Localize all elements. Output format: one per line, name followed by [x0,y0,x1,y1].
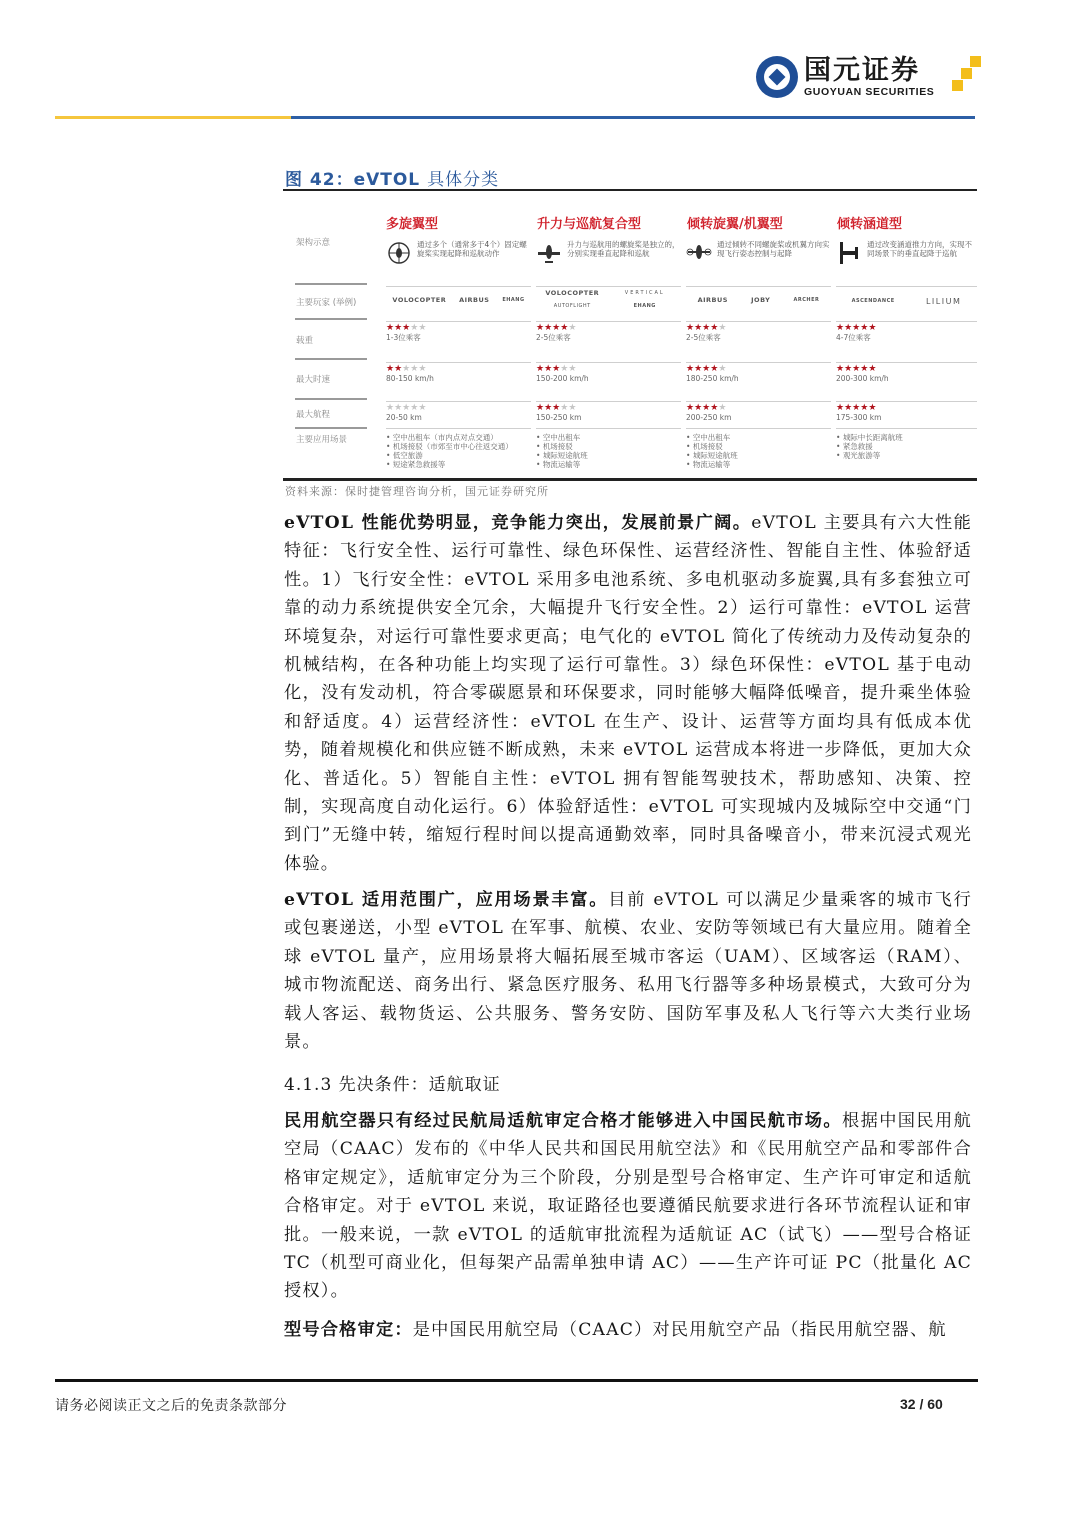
star-empty-icon: ★ [568,403,576,413]
logo-english-name: GUOYUAN SECURITIES [804,86,934,98]
star-filled-icon: ★ [868,364,876,374]
airbus-logo: AIRBUS [459,296,489,305]
star-filled-icon: ★ [536,323,544,333]
figure-source: 资料来源：保时捷管理咨询分析，国元证券研究所 [285,483,549,499]
star-filled-icon: ★ [386,364,394,374]
figure-bottom-rule [283,478,977,481]
star-filled-icon: ★ [686,323,694,333]
ehang-logo: EHANG [609,302,682,311]
speed-cell: ★★★★★150-200 km/h [536,364,589,383]
rating-stars: ★★★★★ [836,364,889,374]
paragraph-lead: eVTOL 性能优势明显，竞争能力突出，发展前景广阔。 [284,513,751,533]
star-filled-icon: ★ [386,323,394,333]
joby-logo: JOBY [751,296,770,305]
multirotor-icon [386,240,412,266]
star-filled-icon: ★ [394,364,402,374]
paragraph-lead: eVTOL 适用范围广，应用场景丰富。 [284,890,608,910]
star-empty-icon: ★ [718,323,726,333]
paragraph-airworthiness: 民用航空器只有经过民航局适航审定合格才能够进入中国民航市场。根据中国民用航空局（… [284,1107,972,1306]
star-empty-icon: ★ [718,364,726,374]
lilium-logo: LILIUM [926,297,961,306]
star-filled-icon: ★ [686,403,694,413]
star-filled-icon: ★ [868,323,876,333]
rating-stars: ★★★★★ [536,323,576,333]
footer-divider [55,1379,978,1382]
scenarios-cell: 空中出租车 机场接驳 城际短途航班 物流运输等 [536,433,588,469]
column-header: 倾转涵道型 [837,213,902,232]
figure-number: 图 42：eVTOL [285,170,420,190]
volocopter-logo: VOLOCOPTER [392,296,446,305]
paragraph-applications: eVTOL 适用范围广，应用场景丰富。目前 eVTOL 可以满足少量乘客的城市飞… [284,886,972,1056]
divider [295,358,367,360]
star-filled-icon: ★ [836,403,844,413]
range-cell: ★★★★★200-250 km [686,403,731,422]
logo-chinese-name: 国元证券 [804,56,934,86]
rating-stars: ★★★★★ [836,403,881,413]
row-label: 架构示意 [296,236,330,248]
star-filled-icon: ★ [836,364,844,374]
column-header: 倾转旋翼/机翼型 [687,213,783,232]
header-divider [55,116,975,119]
star-empty-icon: ★ [418,403,426,413]
rating-stars: ★★★★★ [836,323,876,333]
range-cell: ★★★★★175-300 km [836,403,881,422]
range-cell: ★★★★★150-250 km [536,403,581,422]
star-filled-icon: ★ [544,323,552,333]
row-label: 主要玩家 (举例) [296,296,356,308]
tilt-duct-icon [836,240,862,266]
divider [295,398,367,400]
row-label: 最大时速 [296,373,330,385]
star-filled-icon: ★ [868,403,876,413]
archer-logo: ARCHER [794,296,820,305]
figure-title: 图 42：eVTOL 具体分类 [285,165,499,190]
rating-stars: ★★★★★ [686,323,726,333]
lift-cruise-aircraft-icon [536,240,562,266]
rating-stars: ★★★★★ [686,403,731,413]
paragraph-lead: 型号合格审定： [284,1320,413,1340]
star-empty-icon: ★ [418,364,426,374]
page-number: 32 / 60 [900,1396,943,1412]
players-cell: VOLOCOPTER AIRBUS EHANG [386,296,531,305]
star-filled-icon: ★ [394,323,402,333]
star-empty-icon: ★ [568,364,576,374]
payload-cell: ★★★★★4-7位乘客 [836,323,876,342]
star-filled-icon: ★ [694,364,702,374]
speed-cell: ★★★★★200-300 km/h [836,364,889,383]
paragraph-lead: 民用航空器只有经过民航局适航审定合格才能够进入中国民航市场。 [284,1111,842,1131]
row-label: 主要应用场景 [296,433,347,445]
players-cell: VOLOCOPTER VERTICAL AUTOFLIGHT EHANG [536,289,681,311]
speed-cell: ★★★★★180-250 km/h [686,364,739,383]
tiltrotor-icon [686,240,712,266]
star-empty-icon: ★ [394,403,402,413]
rating-stars: ★★★★★ [686,364,739,374]
logo-squares-icon [946,54,982,98]
star-filled-icon: ★ [694,323,702,333]
vertical-logo: VERTICAL [609,289,682,298]
architecture-cell: 通过改变涵道推力方向，实现不同场景下的垂直起降于巡航 [836,240,977,266]
range-cell: ★★★★★20-50 km [386,403,426,422]
rating-stars: ★★★★★ [386,364,434,374]
divider [295,283,367,285]
players-cell: ASCENDANCE LILIUM [836,297,977,306]
players-cell: AIRBUS JOBY ARCHER [686,296,831,305]
architecture-cell: 通过多个（通常多于4个）固定螺旋桨实现起降和巡航动作 [386,240,531,266]
figure-title-text: 具体分类 [427,170,499,190]
column-header: 多旋翼型 [386,213,438,232]
ehang-logo: EHANG [502,296,524,305]
company-logo: 国元证券 GUOYUAN SECURITIES [756,52,978,102]
ascendance-logo: ASCENDANCE [852,297,895,306]
speed-cell: ★★★★★80-150 km/h [386,364,434,383]
autoflight-logo: AUTOFLIGHT [536,302,609,311]
column-header: 升力与巡航复合型 [537,213,641,232]
volocopter-logo: VOLOCOPTER [536,289,609,298]
rating-stars: ★★★★★ [386,403,426,413]
star-empty-icon: ★ [386,403,394,413]
star-empty-icon: ★ [718,403,726,413]
star-filled-icon: ★ [544,364,552,374]
payload-cell: ★★★★★2-5位乘客 [686,323,726,342]
architecture-cell: 通过倾转不同螺旋桨或机翼方向实现飞行姿态控制与起降 [686,240,831,266]
paragraph-performance: eVTOL 性能优势明显，竞争能力突出，发展前景广阔。eVTOL 主要具有六大性… [284,509,972,878]
divider [295,427,367,429]
payload-cell: ★★★★★1-3位乘客 [386,323,426,342]
section-heading: 4.1.3 先决条件：适航取证 [284,1070,501,1095]
star-filled-icon: ★ [686,364,694,374]
scenarios-cell: 空中出租车 机场接驳 城际短途航班 物流运输等 [686,433,738,469]
star-filled-icon: ★ [844,323,852,333]
star-empty-icon: ★ [568,323,576,333]
star-filled-icon: ★ [694,403,702,413]
star-filled-icon: ★ [836,323,844,333]
star-filled-icon: ★ [536,364,544,374]
payload-cell: ★★★★★2-5位乘客 [536,323,576,342]
scenarios-cell: 空中出租车（市内点对点交通） 机场接驳（市郊至市中心往返交通） 低空旅游 短途紧… [386,433,513,469]
architecture-cell: 升力与巡航用的螺旋桨是独立的，分别实现垂直起降和巡航 [536,240,681,266]
star-filled-icon: ★ [844,403,852,413]
star-filled-icon: ★ [536,403,544,413]
airbus-logo: AIRBUS [698,296,728,305]
rating-stars: ★★★★★ [536,403,581,413]
divider [295,318,367,320]
star-filled-icon: ★ [544,403,552,413]
star-filled-icon: ★ [844,364,852,374]
row-label: 最大航程 [296,408,330,420]
figure-top-rule [283,189,977,191]
scenarios-cell: 城际中长距离航班 紧急救援 观光旅游等 [836,433,903,460]
rating-stars: ★★★★★ [536,364,589,374]
evtol-classification-table: 多旋翼型 升力与巡航复合型 倾转旋翼/机翼型 倾转涵道型 架构示意 主要玩家 (… [283,205,977,475]
logo-mark-icon [756,56,798,98]
disclaimer-note: 请务必阅读正文之后的免责条款部分 [55,1395,287,1415]
star-empty-icon: ★ [418,323,426,333]
paragraph-type-certification: 型号合格审定：是中国民用航空局（CAAC）对民用航空产品（指民用航空器、航 [284,1316,972,1344]
row-label: 载重 [296,334,313,346]
rating-stars: ★★★★★ [386,323,426,333]
